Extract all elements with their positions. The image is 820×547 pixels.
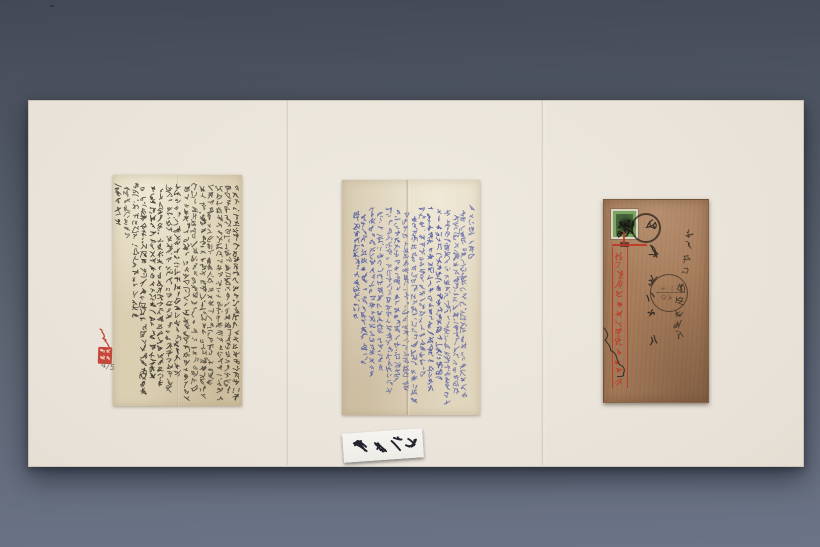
letter-page-middle-fold <box>406 180 410 415</box>
board-crease-left <box>286 100 290 465</box>
board-crease-right <box>541 100 545 465</box>
envelope-band-text: 陸軍新編第四軍第五支隊司令部 <box>604 200 605 201</box>
unit-band-right-rule <box>627 247 629 388</box>
letter-page-left-crease <box>177 175 179 406</box>
envelope-sender-mark: 緘 <box>604 200 605 201</box>
dust-speck <box>50 5 54 7</box>
envelope-address-right: 雲南蔣家鄉郵政局交 <box>604 200 605 201</box>
unit-band-left-rule <box>612 247 614 388</box>
letter-page-middle-shading <box>342 180 408 415</box>
envelope-address-center: 溫國英先生啟 <box>604 200 605 201</box>
stamp-postmark-arc <box>631 213 661 243</box>
unit-band-top-bar <box>612 244 647 247</box>
delivery-postmark <box>650 274 688 312</box>
photo-background: 革命敬祝！ 4/5 國英先生鑒： 陸軍新編第四軍第五支隊司令部 溫國英先生啟 雲… <box>0 0 820 547</box>
label-text: 罗炳辉3 <box>342 434 343 435</box>
label-slip: 罗炳辉3 <box>342 428 424 463</box>
unit-band-upper-rule <box>623 231 625 244</box>
left-letter-closing-text: 革命敬祝！ <box>113 175 114 176</box>
